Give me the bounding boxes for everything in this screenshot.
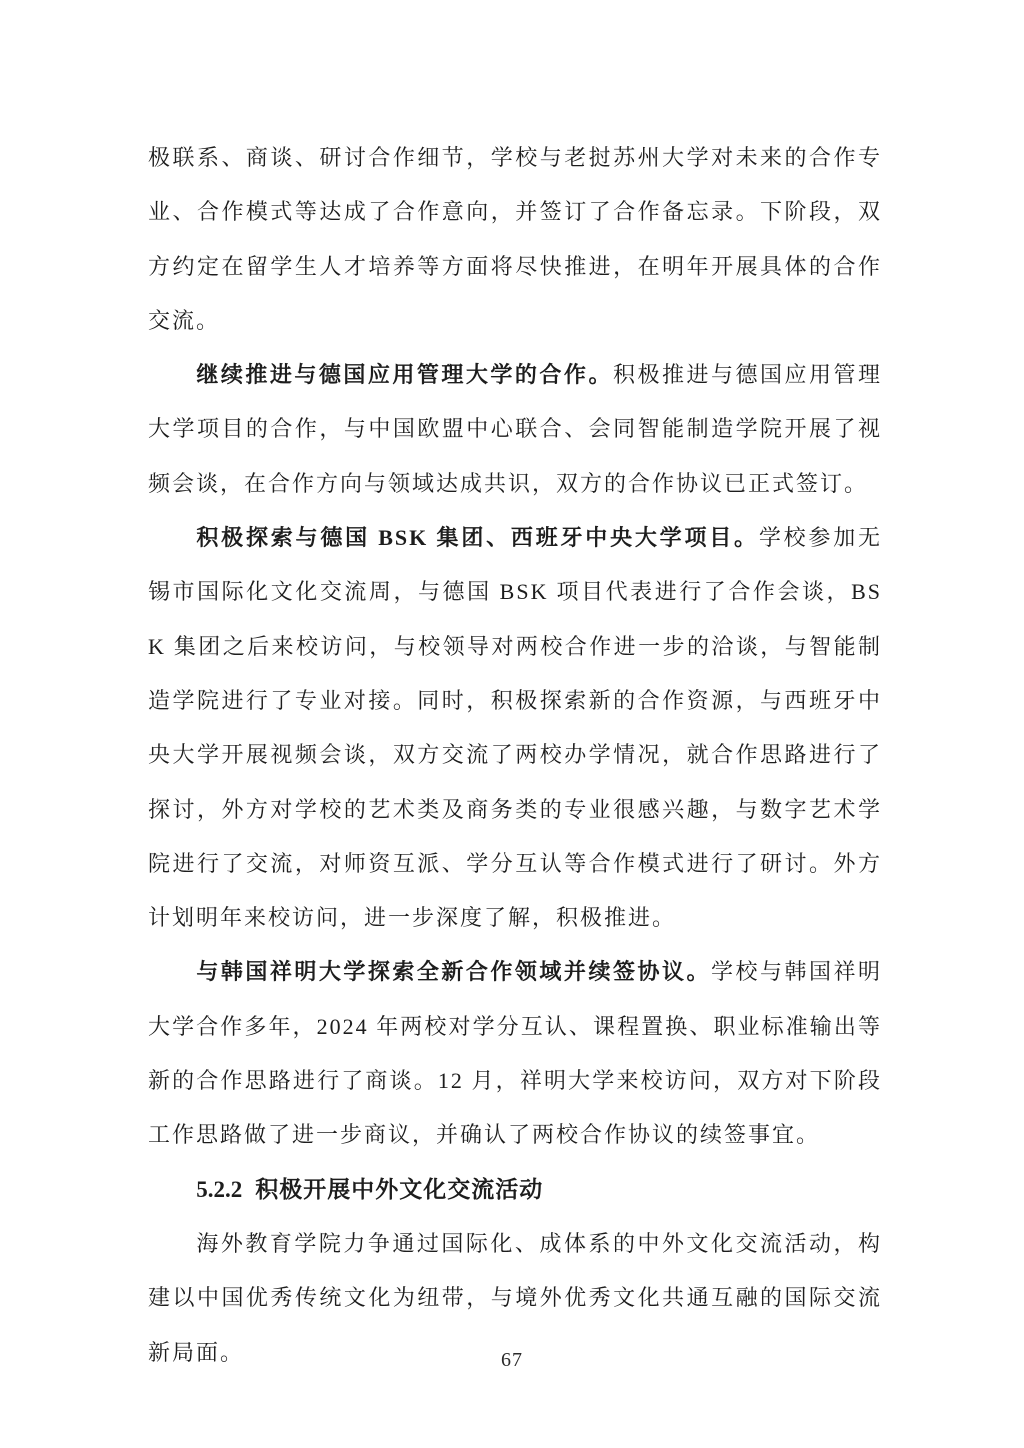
paragraph-lead: 积极探索与德国 BSK 集团、西班牙中央大学项目。 — [196, 525, 758, 550]
section-number: 5.2.2 — [196, 1177, 242, 1202]
paragraph-laos-cooperation: 极联系、商谈、研讨合作细节，学校与老挝苏州大学对未来的合作专业、合作模式等达成了… — [148, 131, 882, 348]
document-page: 极联系、商谈、研讨合作细节，学校与老挝苏州大学对未来的合作专业、合作模式等达成了… — [0, 0, 1024, 1448]
paragraph-lead: 与韩国祥明大学探索全新合作领域并续签协议。 — [196, 959, 711, 984]
section-title: 积极开展中外文化交流活动 — [255, 1177, 543, 1202]
paragraph-text: 极联系、商谈、研讨合作细节，学校与老挝苏州大学对未来的合作专业、合作模式等达成了… — [148, 145, 882, 333]
page-content: 极联系、商谈、研讨合作细节，学校与老挝苏州大学对未来的合作专业、合作模式等达成了… — [148, 131, 882, 1380]
paragraph-bsk-spain: 积极探索与德国 BSK 集团、西班牙中央大学项目。学校参加无锡市国际化文化交流周… — [148, 511, 882, 945]
paragraph-text: 学校与韩国祥明大学合作多年，2024 年两校对学分互认、课程置换、职业标准输出等… — [148, 959, 882, 1147]
section-heading: 5.2.2积极开展中外文化交流活动 — [148, 1163, 882, 1217]
paragraph-korea-sangmyung: 与韩国祥明大学探索全新合作领域并续签协议。学校与韩国祥明大学合作多年，2024 … — [148, 945, 882, 1162]
paragraph-text: 海外教育学院力争通过国际化、成体系的中外文化交流活动，构建以中国优秀传统文化为纽… — [148, 1231, 882, 1365]
page-number: 67 — [0, 1349, 1024, 1372]
paragraph-lead: 继续推进与德国应用管理大学的合作。 — [196, 362, 613, 387]
paragraph-germany-iubh: 继续推进与德国应用管理大学的合作。积极推进与德国应用管理大学项目的合作，与中国欧… — [148, 348, 882, 511]
paragraph-text: 学校参加无锡市国际化文化交流周，与德国 BSK 项目代表进行了合作会谈，BSK … — [148, 525, 882, 930]
